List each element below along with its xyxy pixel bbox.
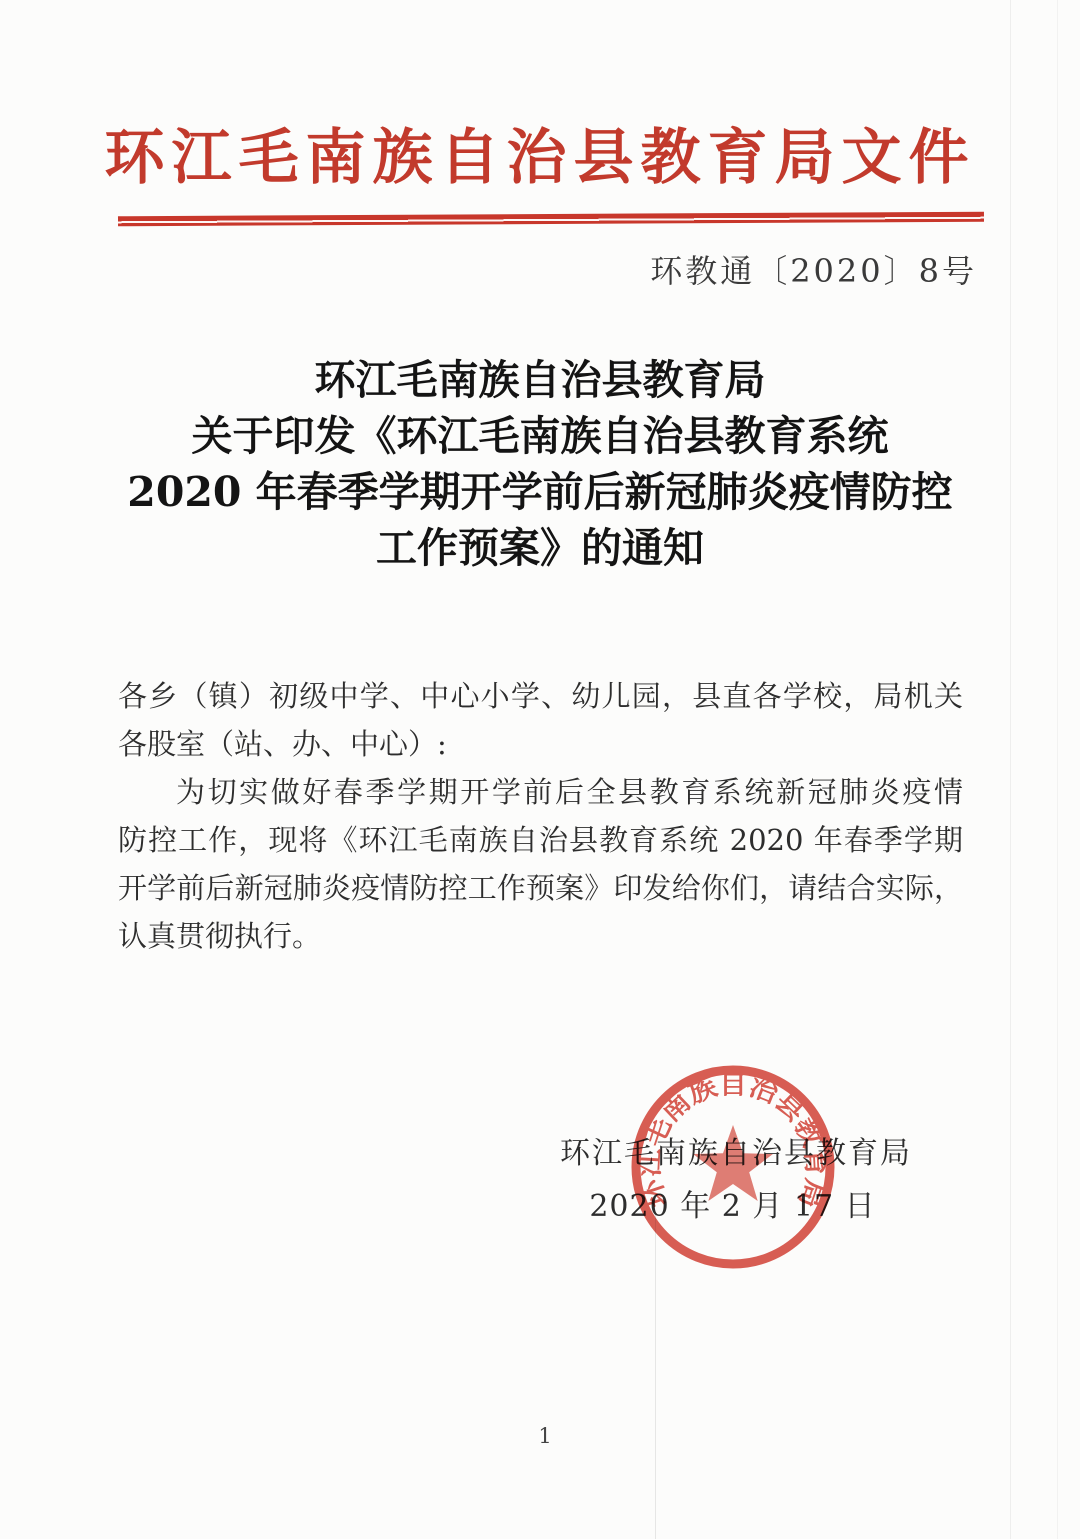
document-number: 环教通〔2020〕8号 <box>650 246 977 292</box>
body-line: 认真贯彻执行。 <box>118 912 963 960</box>
body-line: 为切实做好春季学期开学前后全县教育系统新冠肺炎疫情 <box>118 768 963 816</box>
scan-artifact-line <box>1010 0 1011 1539</box>
body-line: 开学前后新冠肺炎疫情防控工作预案》印发给你们，请结合实际， <box>118 864 963 912</box>
notice-body: 各乡（镇）初级中学、中心小学、幼儿园，县直各学校，局机关 各股室（站、办、中心）… <box>118 672 963 960</box>
letterhead-divider-rule <box>118 212 984 227</box>
salutation-line: 各乡（镇）初级中学、中心小学、幼儿园，县直各学校，局机关 <box>118 672 963 720</box>
body-line: 防控工作，现将《环江毛南族自治县教育系统 2020 年春季学期 <box>118 816 963 864</box>
notice-title: 环江毛南族自治县教育局 关于印发《环江毛南族自治县教育系统 2020 年春季学期… <box>0 352 1080 576</box>
scanned-document-page: 环江毛南族自治县教育局文件 环教通〔2020〕8号 环江毛南族自治县教育局 关于… <box>0 0 1080 1539</box>
scan-artifact-line <box>1057 0 1058 1539</box>
notice-title-line: 工作预案》的通知 <box>0 520 1080 576</box>
letterhead-title: 环江毛南族自治县教育局文件 <box>0 110 1080 196</box>
page-number: 1 <box>495 1424 595 1448</box>
notice-title-line: 2020 年春季学期开学前后新冠肺炎疫情防控 <box>0 464 1080 520</box>
notice-title-line: 环江毛南族自治县教育局 <box>0 352 1080 408</box>
notice-title-line: 关于印发《环江毛南族自治县教育系统 <box>0 408 1080 464</box>
official-seal-stamp: 环江毛南族自治县教育局 <box>627 1061 839 1273</box>
seal-star-icon <box>693 1125 773 1201</box>
salutation-line: 各股室（站、办、中心）: <box>118 720 963 768</box>
